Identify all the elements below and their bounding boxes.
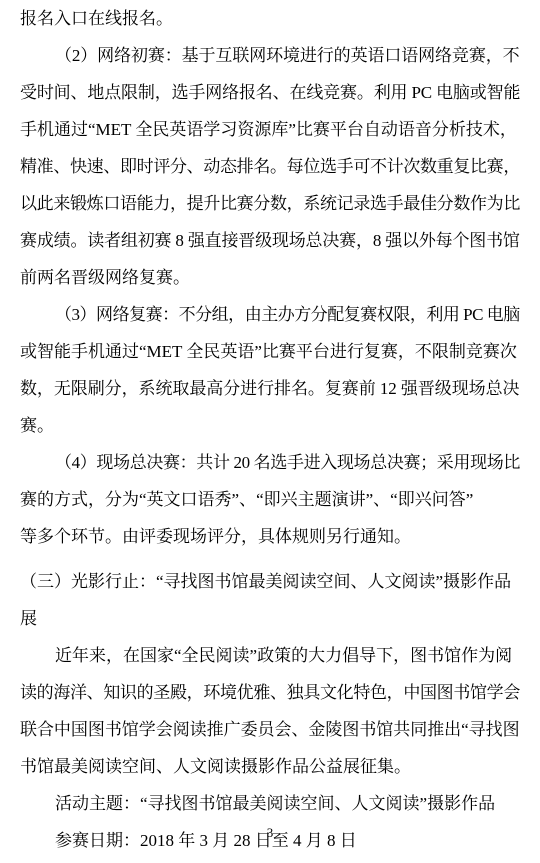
text-line: 参赛日期：2018 年 3 月 28 日至 4 月 8 日 (20, 822, 520, 859)
section-heading-line: 展 (20, 600, 520, 637)
text-line: 等多个环节。由评委现场评分，具体规则另行通知。 (20, 518, 520, 555)
text-line: 或智能手机通过“MET 全民英语”比赛平台进行复赛，不限制竞赛次 (20, 333, 520, 370)
text-line: 近年来，在国家“全民阅读”政策的大力倡导下，图书馆作为阅 (20, 637, 520, 674)
text-line: 联合中国图书馆学会阅读推广委员会、金陵图书馆共同推出“寻找图 (20, 711, 520, 748)
document-page: 3 报名入口在线报名。 （2）网络初赛：基于互联网环境进行的英语口语网络竞赛，不… (0, 0, 540, 863)
text-line: 以此来锻炼口语能力，提升比赛分数，系统记录选手最佳分数作为比 (20, 185, 520, 222)
text-line: 赛成绩。读者组初赛 8 强直接晋级现场总决赛，8 强以外每个图书馆 (20, 222, 520, 259)
text-line: 书馆最美阅读空间、人文阅读摄影作品公益展征集。 (20, 748, 520, 785)
text-line: （2）网络初赛：基于互联网环境进行的英语口语网络竞赛，不 (20, 37, 520, 74)
text-line: 受时间、地点限制，选手网络报名、在线竞赛。利用 PC 电脑或智能 (20, 74, 520, 111)
text-line: 赛的方式，分为“英文口语秀”、“即兴主题演讲”、“即兴问答” (20, 481, 520, 518)
section-heading-line: （三）光影行止：“寻找图书馆最美阅读空间、人文阅读”摄影作品 (20, 563, 520, 600)
text-line: （4）现场总决赛：共计 20 名选手进入现场总决赛；采用现场比 (20, 444, 520, 481)
text-line: 手机通过“MET 全民英语学习资源库”比赛平台自动语音分析技术， (20, 111, 520, 148)
document-text-column: 报名入口在线报名。 （2）网络初赛：基于互联网环境进行的英语口语网络竞赛，不 受… (20, 0, 520, 859)
text-line: 报名入口在线报名。 (20, 0, 520, 37)
text-line: 前两名晋级网络复赛。 (20, 259, 520, 296)
text-line: （3）网络复赛：不分组，由主办方分配复赛权限，利用 PC 电脑 (20, 296, 520, 333)
text-line: 精准、快速、即时评分、动态排名。每位选手可不计次数重复比赛， (20, 148, 520, 185)
text-line: 读的海洋、知识的圣殿，环境优雅、独具文化特色，中国图书馆学会 (20, 674, 520, 711)
text-line: 赛。 (20, 407, 520, 444)
text-line: 数，无限刷分，系统取最高分进行排名。复赛前 12 强晋级现场总决 (20, 370, 520, 407)
text-line: 活动主题：“寻找图书馆最美阅读空间、人文阅读”摄影作品 (20, 785, 520, 822)
